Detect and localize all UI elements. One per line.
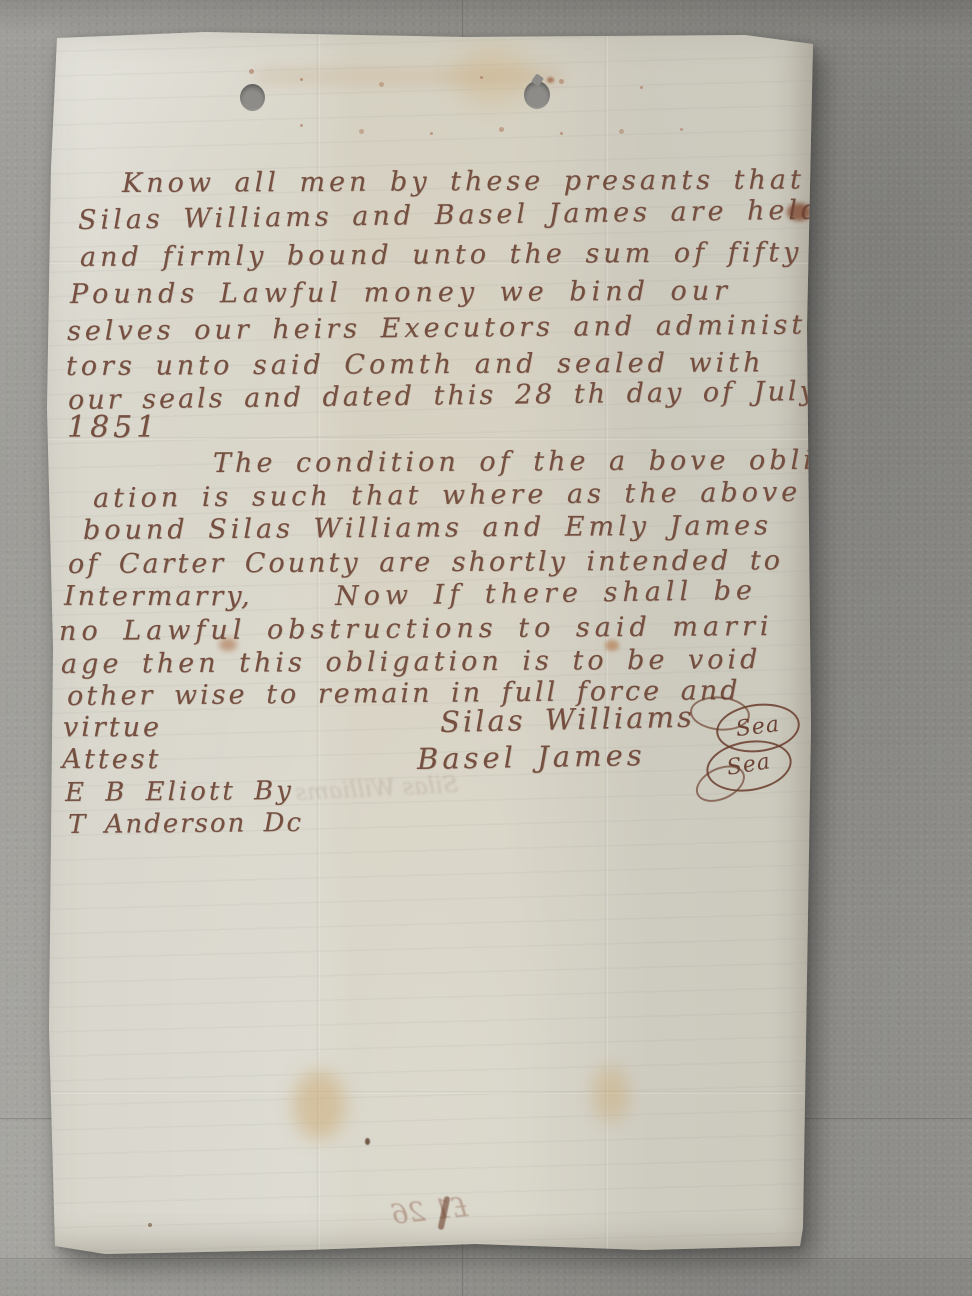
handwritten-line: ation is such that where as the above <box>93 477 801 514</box>
handwritten-line: and firmly bound unto the sum of fifty <box>80 237 803 273</box>
handwritten-line: Pounds Lawful money we bind our <box>70 276 732 310</box>
handwritten-line: selves our heirs Executors and administr <box>67 309 823 347</box>
handwritten-line: virtue <box>63 712 162 743</box>
handwritten-line: 1851 <box>67 410 159 445</box>
handwritten-line: bound Silas Williams and Emly James <box>83 510 772 546</box>
rust-speck-row <box>45 28 48 31</box>
handwritten-line: Now If there shall be <box>335 575 757 612</box>
handwritten-line: T Anderson Dc <box>68 808 303 840</box>
handwritten-line: age then this obligation is to be void <box>61 644 762 680</box>
handwritten-line: Attest <box>62 744 161 775</box>
handwritten-line: Intermarry, <box>64 581 253 612</box>
handwritten-line: Know all men by these presants that we <box>122 164 872 199</box>
handwritten-line: no Lawful obstructions to said marri <box>59 611 774 647</box>
seal-label: Sea <box>725 749 773 781</box>
handwritten-line: Silas Williams <box>440 700 696 739</box>
handwritten-line: The condition of the a bove oblig <box>213 445 837 479</box>
handwritten-line: our seals and dated this 28 th day of Ju… <box>68 376 818 416</box>
desk-bottom-shade <box>0 1260 972 1296</box>
handwritten-line: of Carter County are shortly intended to <box>68 545 783 580</box>
document-paper: Know all men by these presants that weSi… <box>45 28 815 1256</box>
seal-label: Sea <box>734 712 781 742</box>
handwriting-layer: Know all men by these presants that weSi… <box>45 28 815 1256</box>
paper-sheet: Know all men by these presants that weSi… <box>45 28 815 1256</box>
photograph-of-document: Know all men by these presants that weSi… <box>0 0 972 1296</box>
handwritten-line: Silas Williams and Basel James are held <box>78 195 823 236</box>
handwritten-line: E B Eliott By <box>65 776 294 808</box>
handwritten-line: Basel James <box>417 738 646 776</box>
